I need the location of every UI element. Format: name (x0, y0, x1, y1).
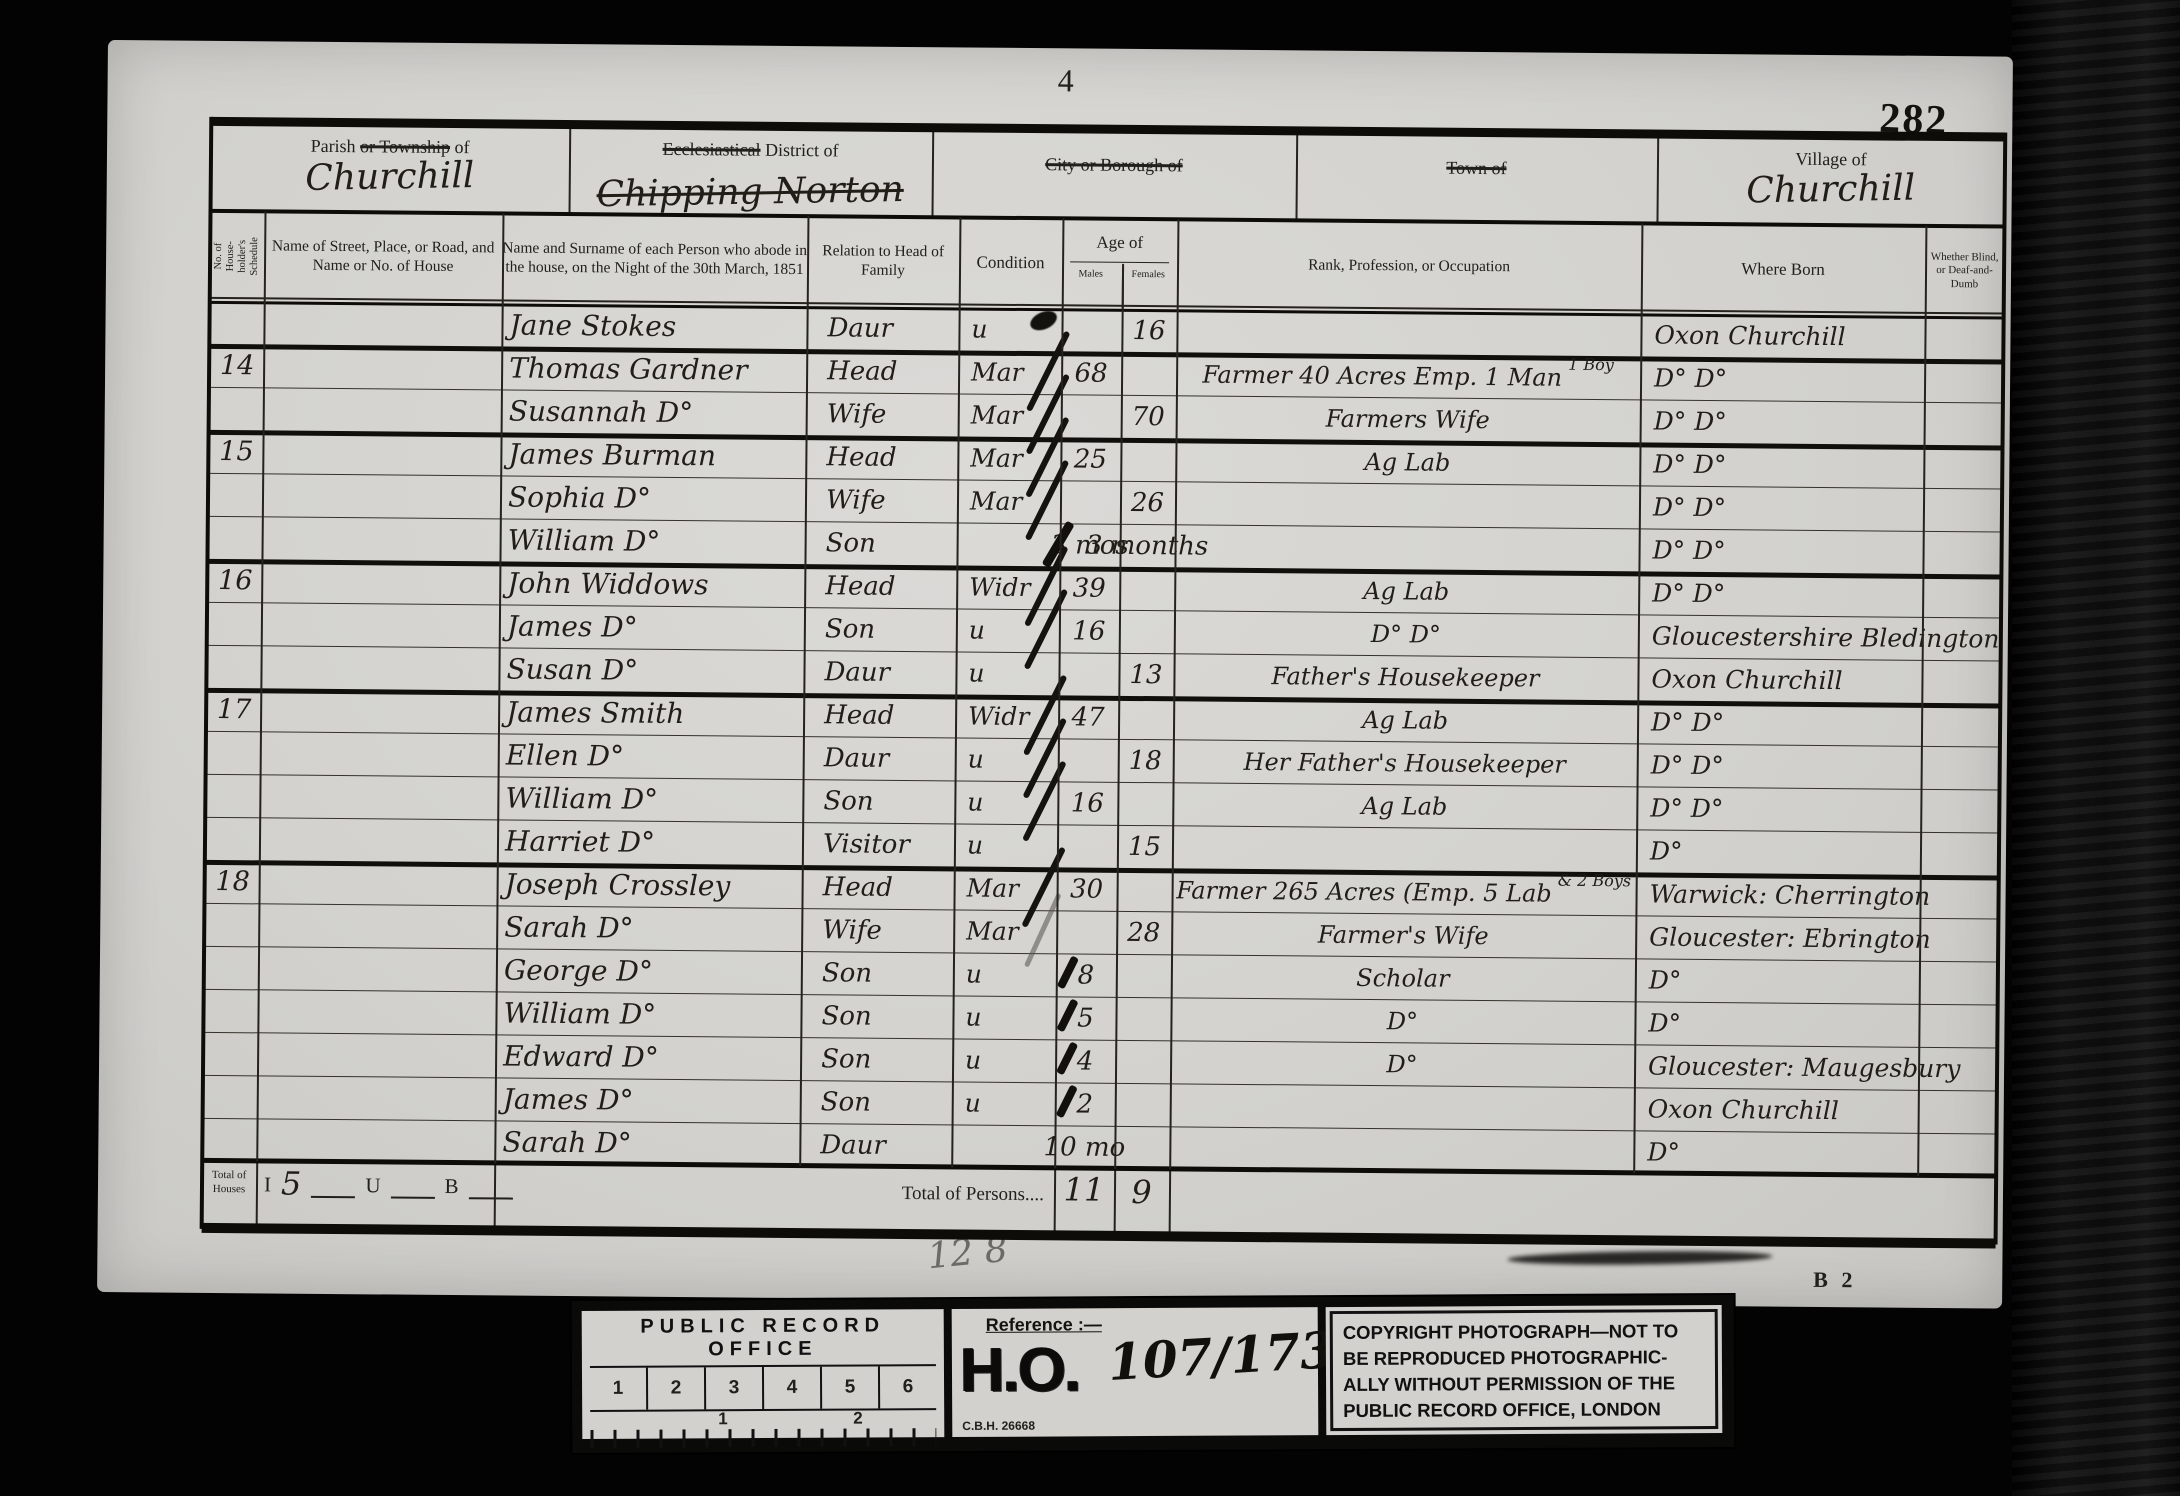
relation-cell: Wife (811, 392, 974, 436)
col-header-blind: Whether Blind, or Deaf-and-Dumb (1925, 226, 2005, 317)
where-born-cell: Gloucestershire Bledington (1638, 614, 1936, 660)
inch-mark: 3 (706, 1367, 764, 1409)
occupation-cell: Farmers Wife (1176, 395, 1640, 442)
age-male-cell (1061, 394, 1121, 438)
blind-cell (1920, 789, 1999, 833)
blind-cell (1919, 961, 1998, 1005)
person-name: Harriet D° (505, 819, 802, 865)
copyright-line: ALLY WITHOUT PERMISSION OF THE (1343, 1370, 1705, 1398)
occupation-text: Ag Lab (1362, 705, 1448, 734)
relation-cell: Daur (808, 736, 971, 780)
schedule-number (208, 731, 260, 774)
occupation-cell: Ag Lab (1174, 567, 1638, 614)
age-female-cell (1118, 696, 1173, 739)
schedule-number: 15 (210, 430, 262, 473)
age-male-cell: 16 (1059, 609, 1119, 653)
age-female-cell (1119, 610, 1174, 653)
occupation-cell: Her Father's Housekeeper (1173, 739, 1637, 786)
plate-mark: B 2 (1813, 1267, 1856, 1293)
total-males: 11 (1054, 1170, 1114, 1209)
street-cell (263, 387, 501, 432)
age-male-cell (1057, 824, 1117, 868)
census-sheet: 4 282 B 2 12 8 Parish or Township of Chu… (97, 40, 2013, 1309)
city-label: City or Borough of (932, 153, 1296, 177)
street-cell (261, 602, 499, 647)
relation-cell: Daur (811, 306, 974, 350)
district-label: Ecclesiastical District of (569, 138, 932, 162)
col-header-occupation: Rank, Profession, or Occupation (1177, 219, 1642, 313)
page-number: 4 (1058, 62, 1075, 99)
where-born-cell: Gloucester: Ebrington (1635, 915, 1933, 961)
occupation-cell (1176, 309, 1640, 356)
age-female-cell (1116, 868, 1171, 911)
where-born-cell: D° D° (1637, 743, 1935, 789)
condition-cell: u (955, 1038, 1065, 1082)
age-male-cell (1061, 308, 1121, 352)
blind-cell (1918, 1004, 1997, 1048)
schedule-number (204, 1118, 256, 1161)
occupation-cell: Ag Lab (1173, 696, 1637, 743)
schedule-number (206, 946, 258, 989)
parish-value: Churchill (211, 156, 570, 198)
schedule-number (205, 1075, 257, 1118)
total-houses-values: I 5 U B (264, 1171, 513, 1199)
street-cell (263, 301, 501, 346)
street-cell (262, 473, 500, 518)
condition-cell: u (957, 823, 1067, 867)
occupation-text: Father's Housekeeper (1271, 662, 1539, 692)
person-name: William D° (505, 776, 802, 822)
schedule-number (205, 989, 257, 1032)
occupation-text: D° D° (1371, 620, 1441, 649)
age-female-cell (1115, 1040, 1170, 1083)
total-persons-label: Total of Persons.... (902, 1183, 1044, 1206)
age-male-cell (1058, 738, 1118, 782)
age-female-cell: 18 (1118, 739, 1173, 782)
relation-cell: Head (808, 693, 971, 737)
town-cell: Town of (1295, 134, 1657, 223)
person-name: Jane Stokes (509, 304, 806, 350)
village-label-pre: Village of (1795, 149, 1867, 170)
blind-cell (1920, 832, 1999, 876)
age-female-cell: 70 (1121, 395, 1176, 438)
pro-title: PUBLIC RECORD OFFICE (582, 1314, 944, 1362)
blind-cell (1924, 359, 2003, 403)
blind-cell (1923, 445, 2002, 489)
building-prefix: B (444, 1174, 458, 1199)
where-born-cell: Oxon Churchill (1634, 1087, 1932, 1133)
where-born-cell: D° D° (1639, 485, 1937, 531)
occupation-text: Her Father's Housekeeper (1244, 747, 1566, 778)
blind-cell (1924, 402, 2003, 446)
age-female-cell (1119, 567, 1174, 610)
age-male-cell (1056, 910, 1116, 954)
person-name: James D° (507, 605, 804, 651)
col-header-relation: Relation to Head of Family (807, 216, 960, 307)
where-born-cell: Gloucester: Maugesbury (1634, 1044, 1932, 1090)
relation-cell: Head (810, 435, 973, 479)
occupation-cell: Ag Lab (1175, 438, 1639, 485)
district-label-struck: Ecclesiastical (662, 139, 760, 160)
pro-reference-strip: PUBLIC RECORD OFFICE 123456 1 2 Referenc… (572, 1295, 1735, 1453)
age-female-cell: 3 months (1119, 524, 1174, 567)
person-name: William D° (503, 991, 800, 1037)
age-female-cell (1115, 997, 1170, 1040)
col-header-born: Where Born (1641, 223, 1926, 315)
total-houses-label: Total of Houses (202, 1169, 256, 1197)
ink-smudge (1507, 1250, 1772, 1266)
street-cell (258, 903, 496, 948)
total-females: 9 (1114, 1173, 1169, 1211)
schedule-number (206, 903, 258, 946)
occupation-cell (1170, 1083, 1634, 1130)
occupation-text: Farmer's Wife (1318, 920, 1489, 949)
copyright-line: BE REPRODUCED PHOTOGRAPHIC- (1343, 1344, 1705, 1372)
blind-cell (1921, 746, 2000, 790)
occupation-cell: D° (1170, 1040, 1634, 1087)
occupation-cell (1172, 825, 1636, 872)
person-name: Joseph Crossley (504, 862, 801, 908)
relation-cell: Wife (806, 908, 969, 952)
occupation-text: D° (1387, 1007, 1418, 1035)
schedule-number (211, 387, 263, 430)
street-cell (258, 946, 496, 991)
occupation-superscript: 1 Boy (1568, 355, 1614, 374)
street-cell (261, 516, 499, 561)
relation-cell: Son (805, 1037, 968, 1081)
person-name: Sophia D° (508, 476, 805, 522)
relation-cell: Son (809, 521, 972, 565)
person-name: George D° (504, 948, 801, 994)
parish-cell: Parish or Township of Churchill (211, 125, 570, 214)
parish-label-pre: Parish (311, 136, 356, 156)
village-cell: Village of Churchill (1656, 138, 2005, 227)
schedule-number: 18 (206, 860, 258, 903)
ho-stamp: H.O. (960, 1334, 1080, 1406)
blind-cell (1922, 574, 2001, 618)
where-born-cell: D° (1633, 1130, 1931, 1176)
parish-label: Parish or Township of (211, 135, 569, 159)
blind-cell (1922, 531, 2001, 575)
females-label: Females (1119, 269, 1177, 282)
occupation-cell (1175, 481, 1639, 528)
col-header-schedule: No. of House-holder's Schedule (210, 211, 265, 301)
col-header-street: Name of Street, Place, or Road, and Name… (264, 211, 503, 303)
relation-cell: Head (811, 349, 974, 393)
street-cell (261, 559, 499, 604)
cm-label-2: 2 (853, 1409, 863, 1429)
age-male-cell: 68 (1061, 351, 1121, 395)
person-name: Thomas Gardner (509, 347, 806, 393)
age-male-cell (1060, 480, 1120, 524)
age-female-cell (1116, 954, 1171, 997)
street-cell (257, 989, 495, 1034)
inch-mark: 6 (880, 1366, 936, 1408)
blind-cell (1924, 316, 2003, 360)
street-cell (259, 817, 497, 862)
relation-cell: Head (809, 564, 972, 608)
person-name: James Smith (506, 691, 803, 737)
blind-cell (1917, 1133, 1996, 1177)
street-cell (259, 774, 497, 819)
condition-cell: u (958, 651, 1068, 695)
occupation-cell: Farmer 265 Acres (Emp. 5 Lab& 2 Boys (1171, 868, 1635, 915)
uninhabited-prefix: U (365, 1173, 380, 1198)
person-name: Sarah D° (504, 905, 801, 951)
occupation-text: Ag Lab (1364, 447, 1450, 476)
inhabited-prefix: I (264, 1172, 271, 1197)
copyright-line: COPYRIGHT PHOTOGRAPH—NOT TO (1343, 1318, 1705, 1346)
street-cell (260, 645, 498, 690)
parish-label-struck: or Township (360, 136, 450, 157)
relation-cell: Son (805, 1080, 968, 1124)
relation-cell: Wife (810, 478, 973, 522)
where-born-cell: D° D° (1640, 356, 1938, 402)
street-cell (260, 731, 498, 776)
inch-ruler: 123456 (590, 1364, 936, 1412)
occupation-text: Ag Lab (1363, 576, 1449, 605)
age-male-cell: 30 (1056, 867, 1116, 911)
schedule-number (208, 645, 260, 688)
age-female-cell (1115, 1083, 1170, 1126)
occupation-cell: Farmer 40 Acres Emp. 1 Man1 Boy (1176, 352, 1640, 399)
age-female-cell (1120, 438, 1175, 481)
district-cell: Ecclesiastical District of Chipping Nort… (568, 128, 932, 217)
town-label-struck: Town of (1446, 158, 1506, 179)
table-body: Jane StokesDauru16Oxon Churchill14Thomas… (202, 301, 2003, 1177)
occupation-text: Ag Lab (1361, 791, 1447, 820)
occupation-superscript: & 2 Boys (1558, 871, 1631, 891)
blind-cell (1923, 488, 2002, 532)
cm-ruler: 1 2 (590, 1410, 936, 1452)
relation-cell: Son (809, 607, 972, 651)
schedule-number (207, 774, 259, 817)
city-cell: City or Borough of (931, 131, 1296, 220)
inch-mark: 4 (764, 1367, 822, 1409)
relation-cell: Son (806, 951, 969, 995)
schedule-number (205, 1032, 257, 1075)
age-of-label: Age of (1070, 218, 1169, 263)
street-cell (260, 688, 498, 733)
occupation-text: Farmer 265 Acres (Emp. 5 Lab (1176, 876, 1552, 907)
relation-cell: Visitor (807, 822, 970, 866)
blind-cell (1922, 617, 2001, 661)
occupation-cell: D° (1170, 997, 1634, 1044)
where-born-cell: Oxon Churchill (1640, 313, 1938, 359)
person-name: Sarah D° (502, 1120, 799, 1166)
person-name: James D° (503, 1077, 800, 1123)
where-born-cell: D° (1634, 1001, 1932, 1047)
street-cell (256, 1118, 494, 1163)
schedule-header-text: No. of House-holder's Schedule (213, 229, 262, 283)
occupation-cell: Scholar (1171, 954, 1635, 1001)
where-born-cell: D° D° (1636, 786, 1934, 832)
street-cell (258, 860, 496, 905)
relation-cell: Son (805, 994, 968, 1038)
blind-cell (1921, 703, 2000, 747)
person-name: Susannah D° (509, 390, 806, 436)
schedule-number (211, 301, 263, 344)
pro-ruler-box: PUBLIC RECORD OFFICE 123456 1 2 (582, 1309, 945, 1439)
occupation-cell: Father's Housekeeper (1173, 653, 1637, 700)
age-male-cell: 16 (1057, 781, 1117, 825)
relation-cell: Head (806, 865, 969, 909)
person-name: James Burman (508, 433, 805, 479)
age-female-cell: 16 (1121, 309, 1176, 352)
schedule-number (209, 602, 261, 645)
cm-ticks (590, 1428, 936, 1448)
district-value: Chipping Norton (568, 171, 932, 213)
city-label-struck: City or Borough of (1045, 154, 1183, 175)
occupation-text: Farmer 40 Acres Emp. 1 Man (1202, 360, 1562, 391)
age-female-cell: 15 (1117, 825, 1172, 868)
blind-cell (1919, 918, 1998, 962)
blind-cell (1918, 1090, 1997, 1134)
copyright-line: PUBLIC RECORD OFFICE, LONDON (1343, 1396, 1705, 1424)
col-header-name: Name and Surname of each Person who abod… (502, 213, 808, 306)
col-header-condition: Condition (959, 217, 1063, 308)
street-cell (262, 430, 500, 475)
copyright-text: COPYRIGHT PHOTOGRAPH—NOT TOBE REPRODUCED… (1330, 1309, 1719, 1431)
blind-cell (1919, 875, 1998, 919)
occupation-cell: D° D° (1174, 610, 1638, 657)
occupation-cell: Ag Lab (1172, 782, 1636, 829)
street-cell (257, 1075, 495, 1120)
age-male-cell: 39 (1059, 566, 1119, 610)
where-born-cell: D° D° (1640, 399, 1938, 445)
where-born-cell: Oxon Churchill (1637, 657, 1935, 703)
street-cell (263, 344, 501, 389)
inhabited-count: 5 (281, 1172, 302, 1198)
town-label: Town of (1296, 156, 1657, 180)
age-female-cell: 26 (1120, 481, 1175, 524)
inch-mark: 5 (822, 1366, 880, 1408)
village-label: Village of (1657, 148, 2005, 172)
schedule-number: 17 (208, 688, 260, 731)
person-name: William D° (507, 519, 804, 565)
blind-cell (1921, 660, 2000, 704)
occupation-text: Farmers Wife (1326, 404, 1490, 433)
schedule-number (210, 473, 262, 516)
age-male-cell: 10 mo (1054, 1125, 1114, 1169)
age-female-cell (1117, 782, 1172, 825)
where-born-cell: D° (1635, 958, 1933, 1004)
occupation-text: Scholar (1356, 963, 1449, 992)
where-born-cell: Warwick: Cherrington (1635, 872, 1933, 918)
condition-cell: u (955, 1081, 1065, 1125)
occupation-text: D° (1386, 1050, 1417, 1078)
col-header-age: Age of Males Females (1062, 218, 1178, 309)
photo-dark-margin (2012, 0, 2180, 1496)
inch-mark: 2 (648, 1367, 706, 1409)
where-born-cell: D° D° (1638, 528, 1936, 574)
occupation-cell (1174, 524, 1638, 571)
person-name: John Widdows (507, 562, 804, 608)
age-female-cell: 13 (1118, 653, 1173, 696)
copyright-box: COPYRIGHT PHOTOGRAPH—NOT TOBE REPRODUCED… (1326, 1305, 1723, 1435)
relation-cell: Daur (804, 1123, 967, 1167)
street-cell (257, 1032, 495, 1077)
males-label: Males (1062, 268, 1120, 281)
district-label-post: District of (765, 140, 839, 161)
age-male-cell (1058, 652, 1118, 696)
where-born-cell: D° D° (1639, 442, 1937, 488)
schedule-number (209, 516, 261, 559)
person-name: Susan D° (506, 648, 803, 694)
condition-cell: u (955, 995, 1065, 1039)
reference-label: Reference :— (986, 1314, 1102, 1336)
occupation-cell: Farmer's Wife (1171, 911, 1635, 958)
village-value: Churchill (1656, 169, 2005, 211)
schedule-number: 14 (211, 344, 263, 387)
relation-cell: Son (807, 779, 970, 823)
relation-cell: Daur (808, 650, 971, 694)
inch-mark: 1 (590, 1368, 648, 1410)
age-female-cell (1114, 1126, 1169, 1169)
condition-cell: u (956, 952, 1066, 996)
age-male-cell: 47 (1058, 695, 1118, 739)
schedule-number (207, 817, 259, 860)
where-born-cell: D° (1636, 829, 1934, 875)
person-name: Ellen D° (506, 733, 803, 779)
where-born-cell: D° D° (1638, 571, 1936, 617)
blind-cell (1918, 1047, 1997, 1091)
where-born-cell: D° D° (1637, 700, 1935, 746)
census-table: Parish or Township of Churchill Ecclesia… (202, 125, 2006, 1241)
age-male-cell: 25 (1060, 437, 1120, 481)
age-female-cell: 28 (1116, 911, 1171, 954)
cm-label-1: 1 (718, 1409, 728, 1429)
schedule-number: 16 (209, 559, 261, 602)
catalog-code: C.B.H. 26668 (962, 1419, 1035, 1433)
age-female-cell (1121, 352, 1176, 395)
reference-box: Reference :— H.O. 107/1732 C.B.H. 26668 (952, 1307, 1319, 1437)
person-name: Edward D° (503, 1034, 800, 1080)
